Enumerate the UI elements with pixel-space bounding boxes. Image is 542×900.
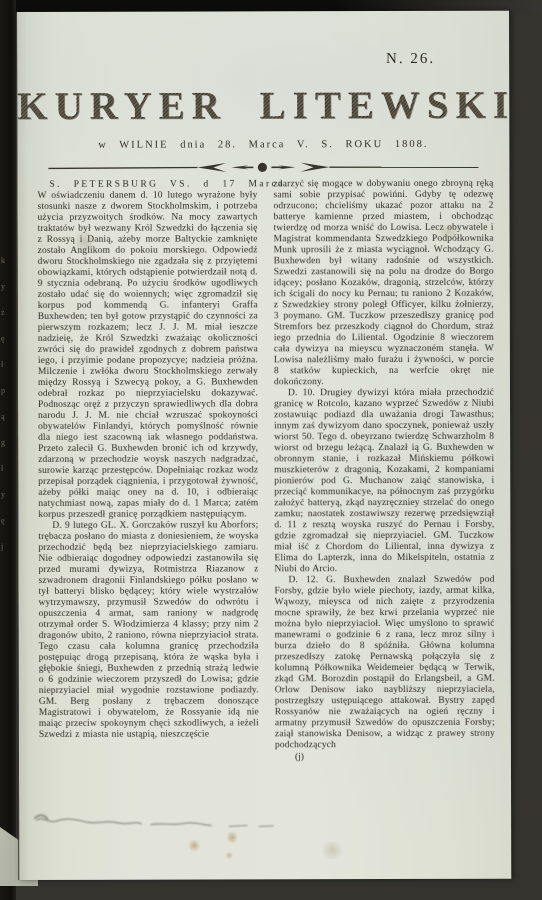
foxing-stain (187, 840, 201, 852)
foxing-stain (225, 851, 233, 859)
dateline: w WILNIE dnia 28. Marca V. S. ROKU 1808. (17, 139, 509, 151)
foxing-stain (319, 841, 345, 859)
newspaper-page: N. 26. KURYER LITEWSKI w WILNIE dnia 28.… (16, 11, 511, 880)
signature-mark: (j) (275, 752, 495, 763)
adjacent-page-text-fragments: k y ż ę ł p ą g ł y ę j (1, 248, 10, 560)
paragraph-text: W oświadczeniu danem d. 10 lutego wyrażo… (37, 190, 258, 520)
paragraph: zdarzyć się mogące w dobywaniu onego zbr… (273, 179, 494, 389)
paragraph: D. 12. G. Buxhewden znalazł Szwedów pod … (274, 575, 494, 752)
ornamental-divider-icon (45, 159, 481, 176)
paragraph: S. PETERSBURG VS. d 17 Marca. W oświadcz… (37, 179, 258, 521)
masthead-title: KURYER LITEWSKI (17, 83, 509, 129)
left-column: S. PETERSBURG VS. d 17 Marca. W oświadcz… (37, 179, 259, 763)
pencil-smudge (33, 809, 283, 840)
adjacent-page-sliver: k y ż ę ł p ą g ł y ę j (0, 0, 16, 900)
right-column: zdarzyć się mogące w dobywaniu onego zbr… (273, 179, 495, 763)
issue-number: N. 26. (386, 51, 435, 68)
paragraph: D. 9 lutego GL. X. Gorczaków ruszył ku A… (38, 520, 259, 741)
section-heading: S. PETERSBURG VS. d 17 Marca. (37, 179, 257, 191)
scanned-newspaper: k y ż ę ł p ą g ł y ę j N. 26. KURYER LI… (0, 0, 542, 900)
paragraph: D. 10. Drugiey dywizyi która miała przec… (274, 388, 494, 576)
article-body: S. PETERSBURG VS. d 17 Marca. W oświadcz… (37, 179, 495, 763)
